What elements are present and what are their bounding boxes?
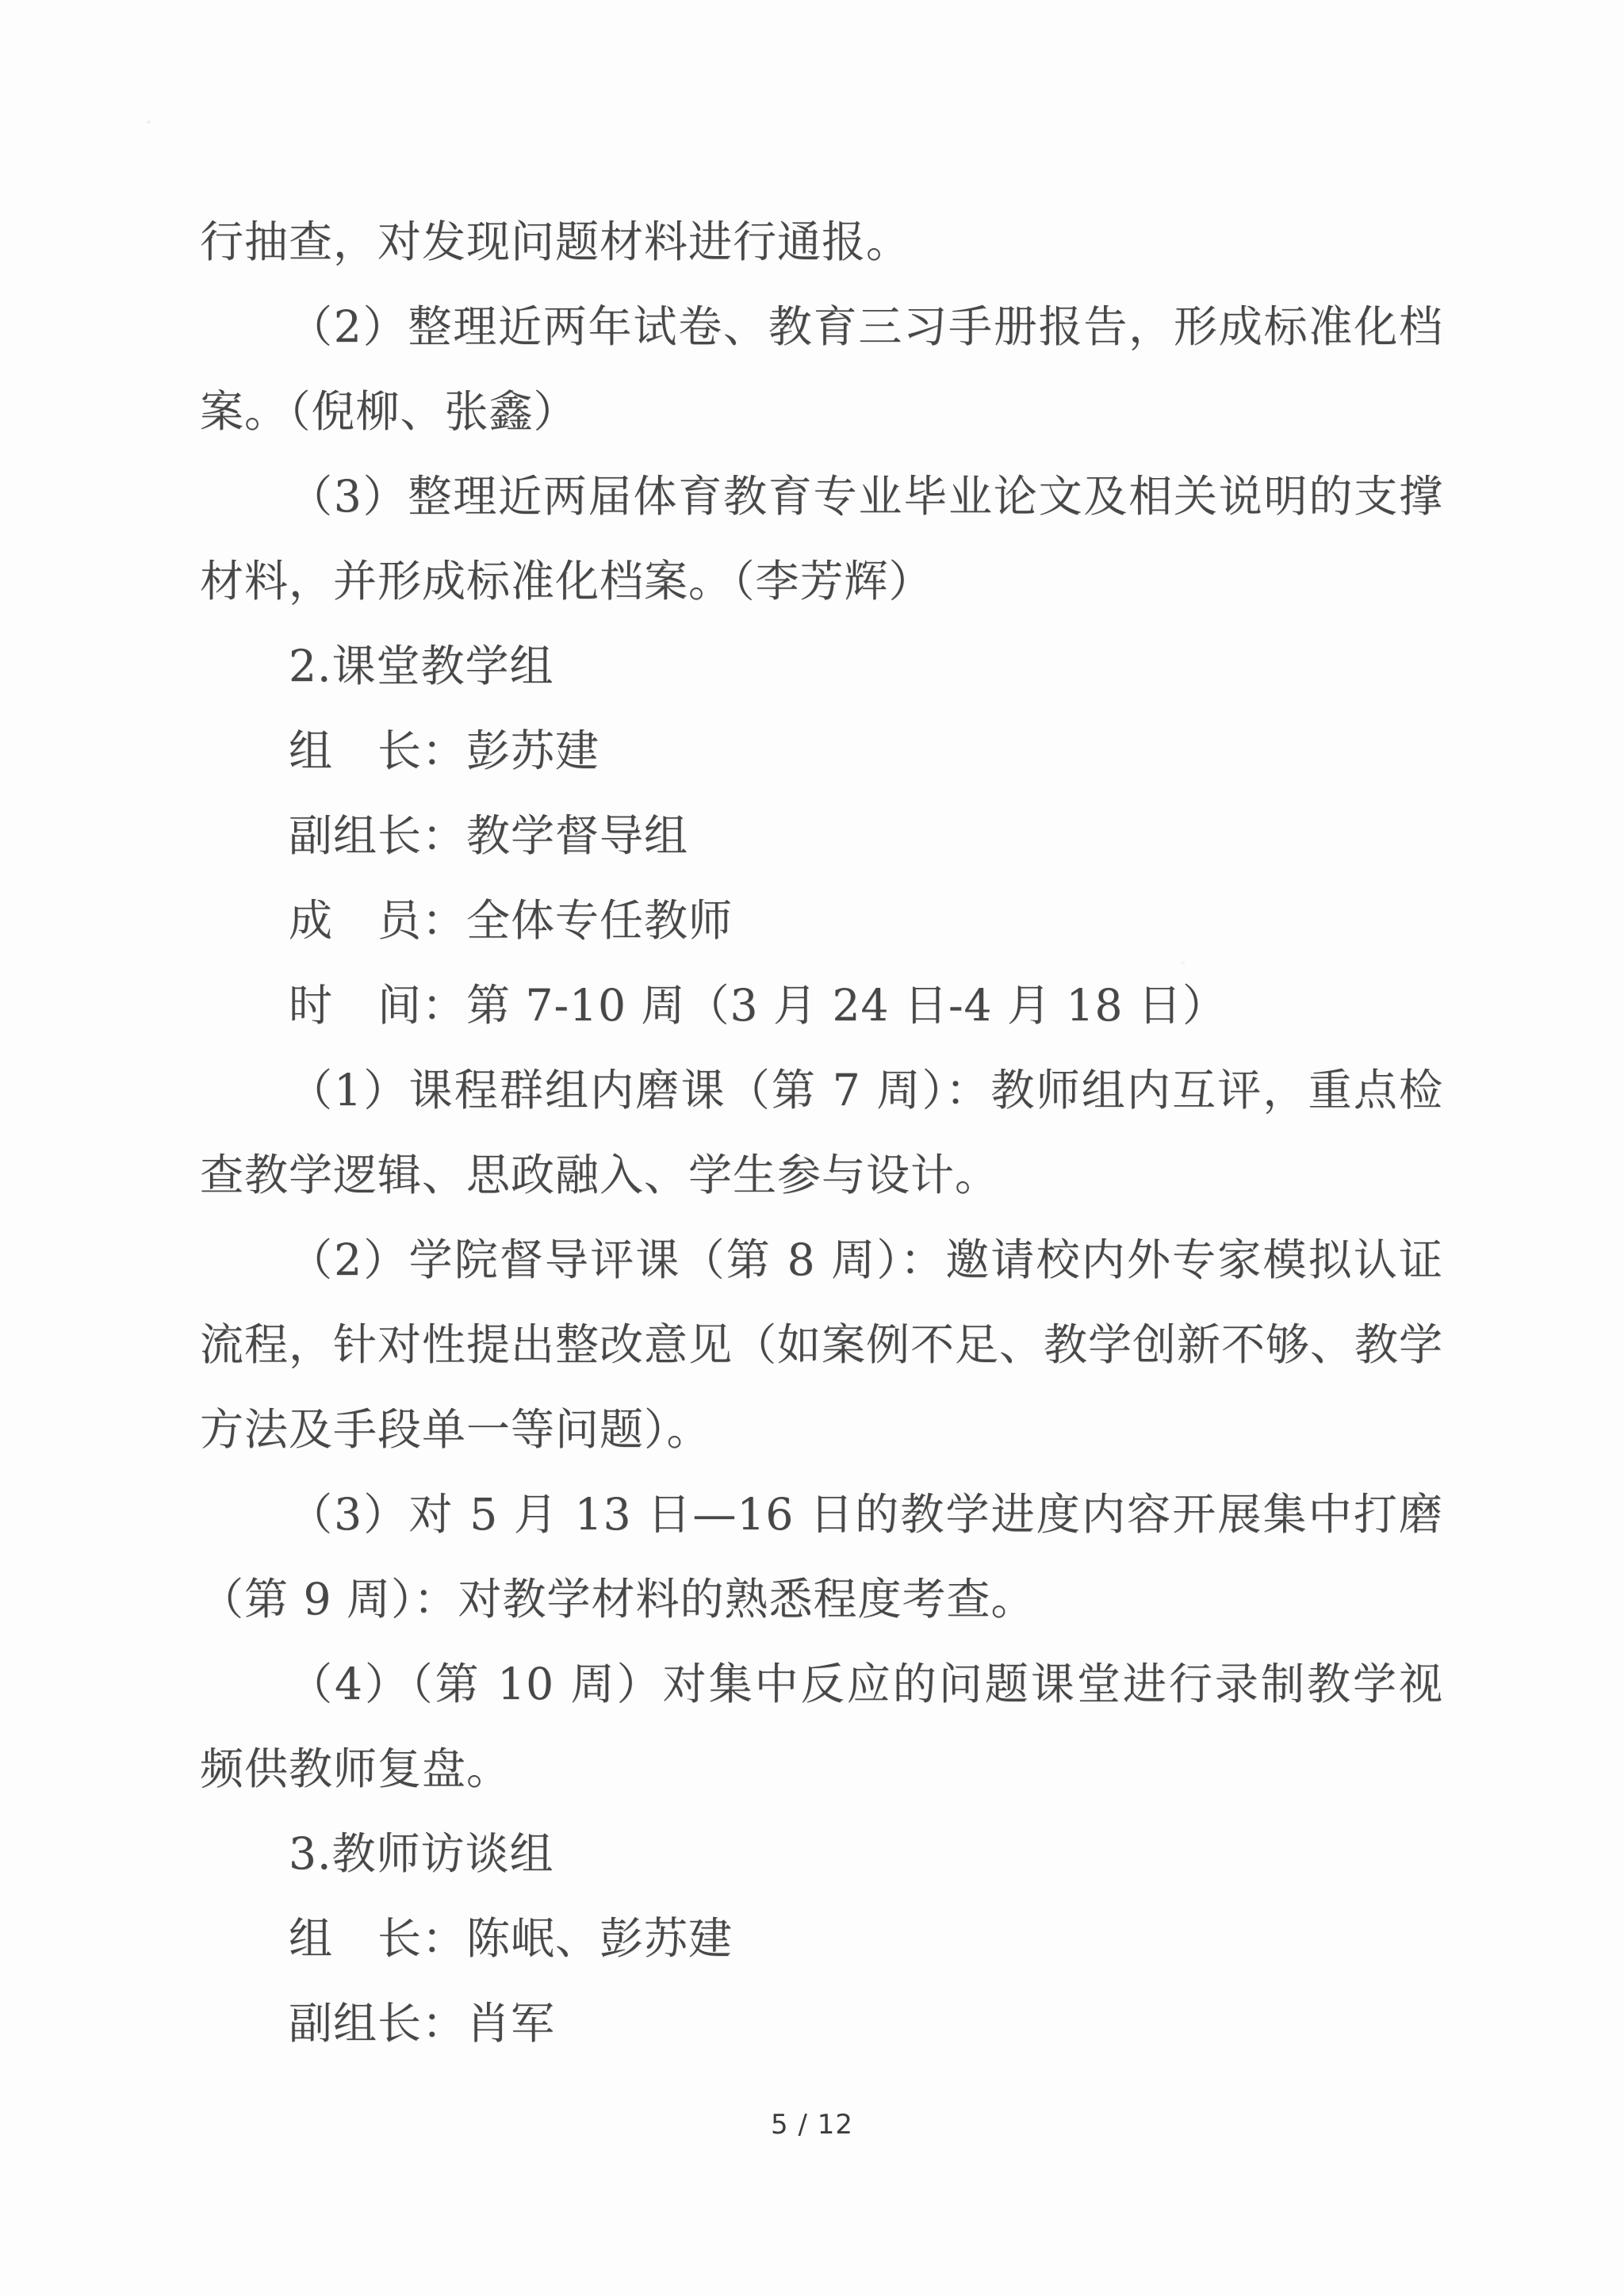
paragraph: 组 长：陈岷、彭苏建: [200, 1896, 1443, 1981]
paragraph: （3）整理近两届体育教育专业毕业论文及相关说明的支撑材料，并形成标准化档案。（李…: [200, 454, 1443, 624]
paragraph: （2）学院督导评课（第 8 周）：邀请校内外专家模拟认证流程，针对性提出整改意见…: [200, 1218, 1443, 1472]
paragraph: （3）对 5 月 13 日—16 日的教学进度内容开展集中打磨（第 9 周）：对…: [200, 1472, 1443, 1642]
scan-artifact: [1181, 962, 1185, 964]
section-heading: 2.课堂教学组: [200, 624, 1443, 709]
document-page: 行抽查，对发现问题材料进行通报。 （2）整理近两年试卷、教育三习手册报告，形成标…: [0, 0, 1624, 2296]
paragraph: 行抽查，对发现问题材料进行通报。: [200, 200, 1443, 285]
paragraph: （2）整理近两年试卷、教育三习手册报告，形成标准化档案。（倪柳、张鑫）: [200, 285, 1443, 454]
paragraph: 副组长：教学督导组: [200, 794, 1443, 878]
page-number: 5 / 12: [0, 2109, 1624, 2141]
document-body: 行抽查，对发现问题材料进行通报。 （2）整理近两年试卷、教育三习手册报告，形成标…: [200, 200, 1443, 2066]
paragraph: （1）课程群组内磨课（第 7 周）：教师组内互评，重点检查教学逻辑、思政融入、学…: [200, 1048, 1443, 1218]
paragraph: 组 长：彭苏建: [200, 709, 1443, 794]
scan-artifact: [147, 121, 151, 124]
section-heading: 3.教师访谈组: [200, 1812, 1443, 1896]
scan-artifact: [875, 581, 878, 584]
paragraph: （4）（第 10 周）对集中反应的问题课堂进行录制教学视频供教师复盘。: [200, 1642, 1443, 1812]
paragraph: 时 间：第 7-10 周（3 月 24 日-4 月 18 日）: [200, 963, 1443, 1048]
paragraph: 成 员：全体专任教师: [200, 878, 1443, 963]
paragraph: 副组长：肖军: [200, 1981, 1443, 2066]
